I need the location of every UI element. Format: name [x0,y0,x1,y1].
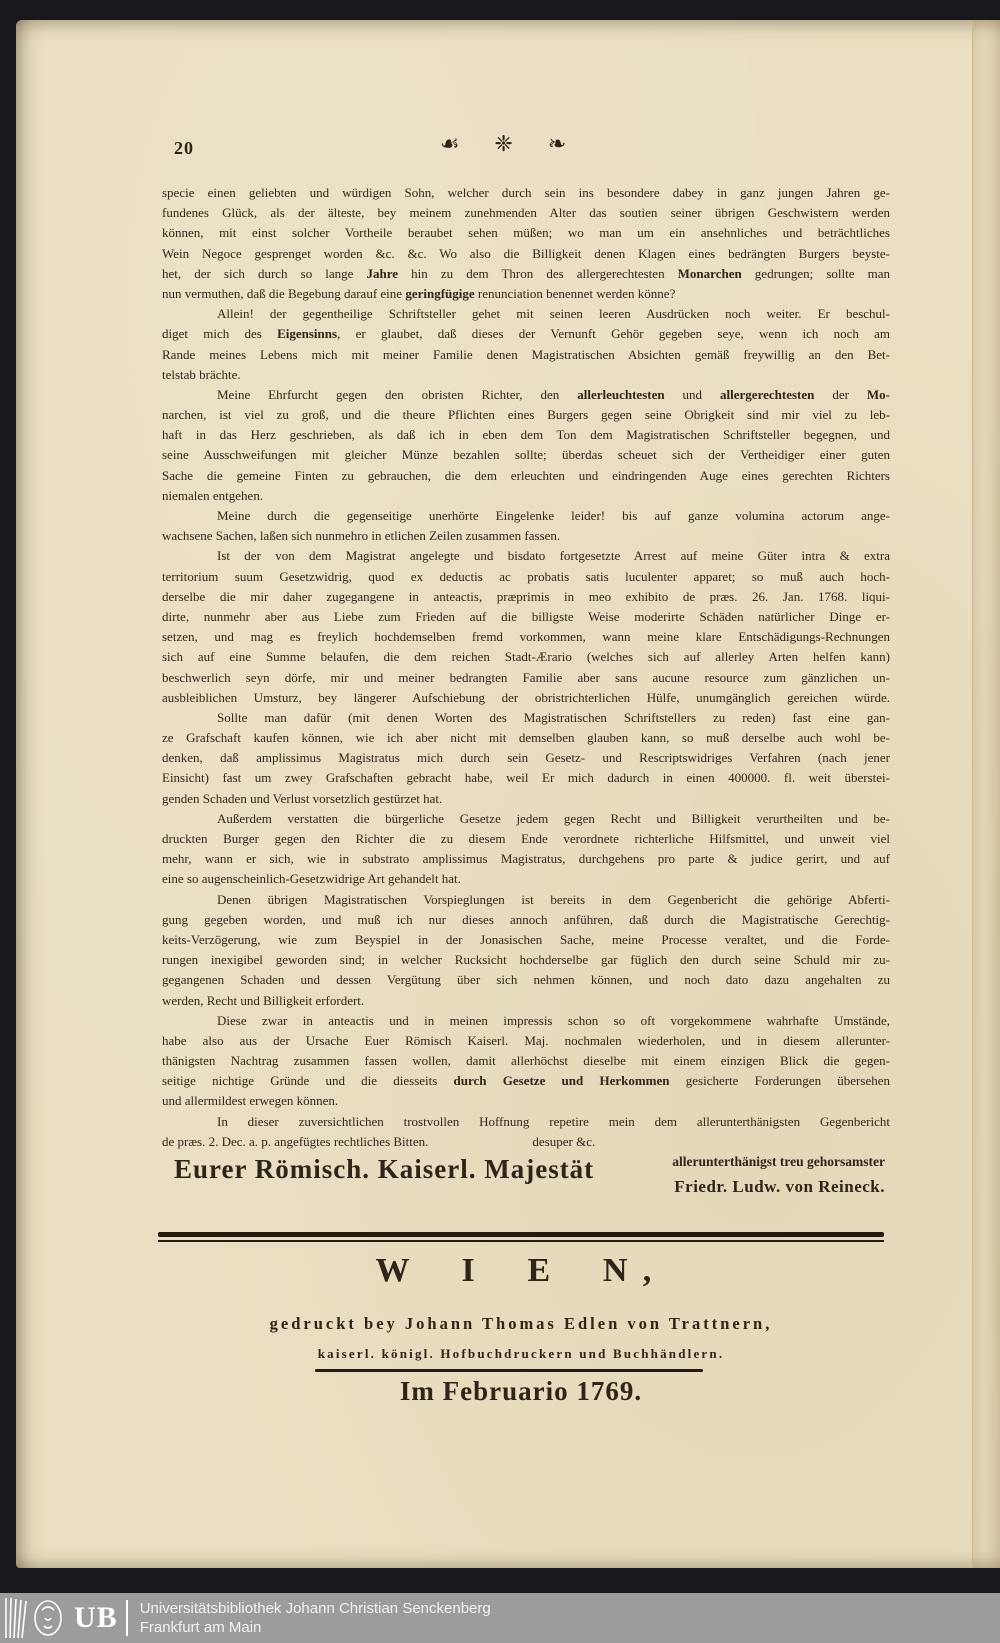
ub-logo-text: UB [74,1601,118,1635]
body-line: ausbleiblichen Umsturz, bey längerer Auf… [162,688,890,708]
body-line: haft in das Herz geschrieben, als daß ic… [162,425,890,445]
signature-name: Friedr. Ludw. von Reineck. [516,1177,885,1197]
scan-background: 20 ☙ ❈ ❧ specie einen geliebten und würd… [0,0,1000,1643]
body-line: können, mit einst solcher Vortheile bera… [162,223,890,243]
body-line: seitige nichtige Gründe und die diesseit… [162,1071,890,1091]
body-line: denken, daß amplissimus Magistratus mich… [162,748,890,768]
body-line: narchen, ist viel zu groß, und die theur… [162,405,890,425]
body-line: Rande meines Lebens mich mit meiner Fami… [162,345,890,365]
separator-rule [158,1232,884,1242]
body-line: Meine durch die gegenseitige unerhörte E… [162,506,890,526]
body-line: gegangenen Schaden und dessen Vergütung … [162,970,890,990]
body-line: eine so augenscheinlich-Gesetzwidrige Ar… [162,869,890,889]
body-line: habe also aus der Ursache Euer Römisch K… [162,1031,890,1051]
body-line: genden Schaden und Verlust vorsetzlich g… [162,789,890,809]
body-line: druckten Burger gegen den Richter die zu… [162,829,890,849]
library-banner: UB Universitätsbibliothek Johann Christi… [0,1593,1000,1643]
body-line: Wein Negoce gesprenget worden &c. &c. Wo… [162,244,890,264]
body-line: rungen inexigibel geworden sind; in welc… [162,950,890,970]
library-city: Frankfurt am Main [140,1618,491,1637]
body-line: sich auf eine Summe belaufen, die dem re… [162,647,890,667]
body-line: Sache die gemeine Finten zu gebrauchen, … [162,466,890,486]
body-line: nun vermuthen, daß die Begebung darauf e… [162,284,890,304]
page-fold-edge [972,20,1000,1568]
body-line: Sollte man dafür (mit denen Worten des M… [162,708,890,728]
library-logo: UB [4,1596,140,1640]
body-line: de præs. 2. Dec. a. p. angefügtes rechtl… [162,1132,890,1152]
body-line: seine Ausschweifungen mit gleicher Münze… [162,445,890,465]
book-page: 20 ☙ ❈ ❧ specie einen geliebten und würd… [16,20,1000,1568]
imprint-rule [315,1369,703,1372]
imprint-date: Im Februario 1769. [158,1376,884,1407]
body-line: In dieser zuversichtlichen trostvollen H… [162,1112,890,1132]
body-line: dirte, nunmehr aber aus Liebe zum Friede… [162,607,890,627]
body-line: het, der sich durch so lange Jahre hin z… [162,264,890,284]
rule-thick [158,1232,884,1237]
body-line: Denen übrigen Magistratischen Vorspieglu… [162,890,890,910]
imprint-printer-sub: kaiserl. königl. Hofbuchdruckern und Buc… [158,1346,884,1362]
body-line: setzen, und mag es freylich hochdemselbe… [162,627,890,647]
body-line: und allermildest erwegen können. [162,1091,890,1111]
body-line: mehr, wann er sich, wie in substrato amp… [162,849,890,869]
signature-block: allerunterthänigst treu gehorsamster Fri… [516,1154,885,1197]
rule-thin [158,1240,884,1242]
body-line: Allein! der gegentheilige Schriftsteller… [162,304,890,324]
body-line: keits-Verzögerung, wie zum Beyspiel in d… [162,930,890,950]
body-line: gung gegeben worden, und muß ich nur die… [162,910,890,930]
library-name-block: Universitätsbibliothek Johann Christian … [140,1599,491,1637]
imprint-city: W I E N, [158,1252,884,1290]
body-line: werden, Recht und Billigkeit erfordert. [162,991,890,1011]
body-line: wachsene Sachen, laßen sich nunmehro in … [162,526,890,546]
body-line: telstab brächte. [162,365,890,385]
body-line: Einsicht) fast um zwey Grafschaften gebr… [162,768,890,788]
library-name: Universitätsbibliothek Johann Christian … [140,1599,491,1618]
body-line: territorium suum Gesetzwidrig, quod ex d… [162,567,890,587]
body-line: Ist der von dem Magistrat angelegte und … [162,546,890,566]
books-and-portrait-icon [4,1596,76,1640]
imprint-printer: gedruckt bey Johann Thomas Edlen von Tra… [158,1314,884,1334]
body-line: diget mich des Eigensinns, er glaubet, d… [162,324,890,344]
body-line: niemalen entgehen. [162,486,890,506]
body-line: fundenes Glück, als der älteste, bey mei… [162,203,890,223]
body-line: beschwerlich seyn dörfe, mir und meiner … [162,668,890,688]
body-line: Meine Ehrfurcht gegen den obristen Richt… [162,385,890,405]
body-line: specie einen geliebten und würdigen Sohn… [162,183,890,203]
head-ornament-icon: ☙ ❈ ❧ [146,132,874,157]
body-line: Außerdem verstatten die bürgerliche Gese… [162,809,890,829]
body-line: ze Grafschaft kaufen können, wie ich abe… [162,728,890,748]
body-line: derselbe die mir daher zugegangene in an… [162,587,890,607]
body-line: Diese zwar in anteactis und in meinen im… [162,1011,890,1031]
logo-separator [126,1600,128,1636]
body-text: specie einen geliebten und würdigen Sohn… [162,183,890,1152]
body-line: thänigsten Nachtrag zusammen fassen woll… [162,1051,890,1071]
signature-closing: allerunterthänigst treu gehorsamster [516,1154,885,1170]
